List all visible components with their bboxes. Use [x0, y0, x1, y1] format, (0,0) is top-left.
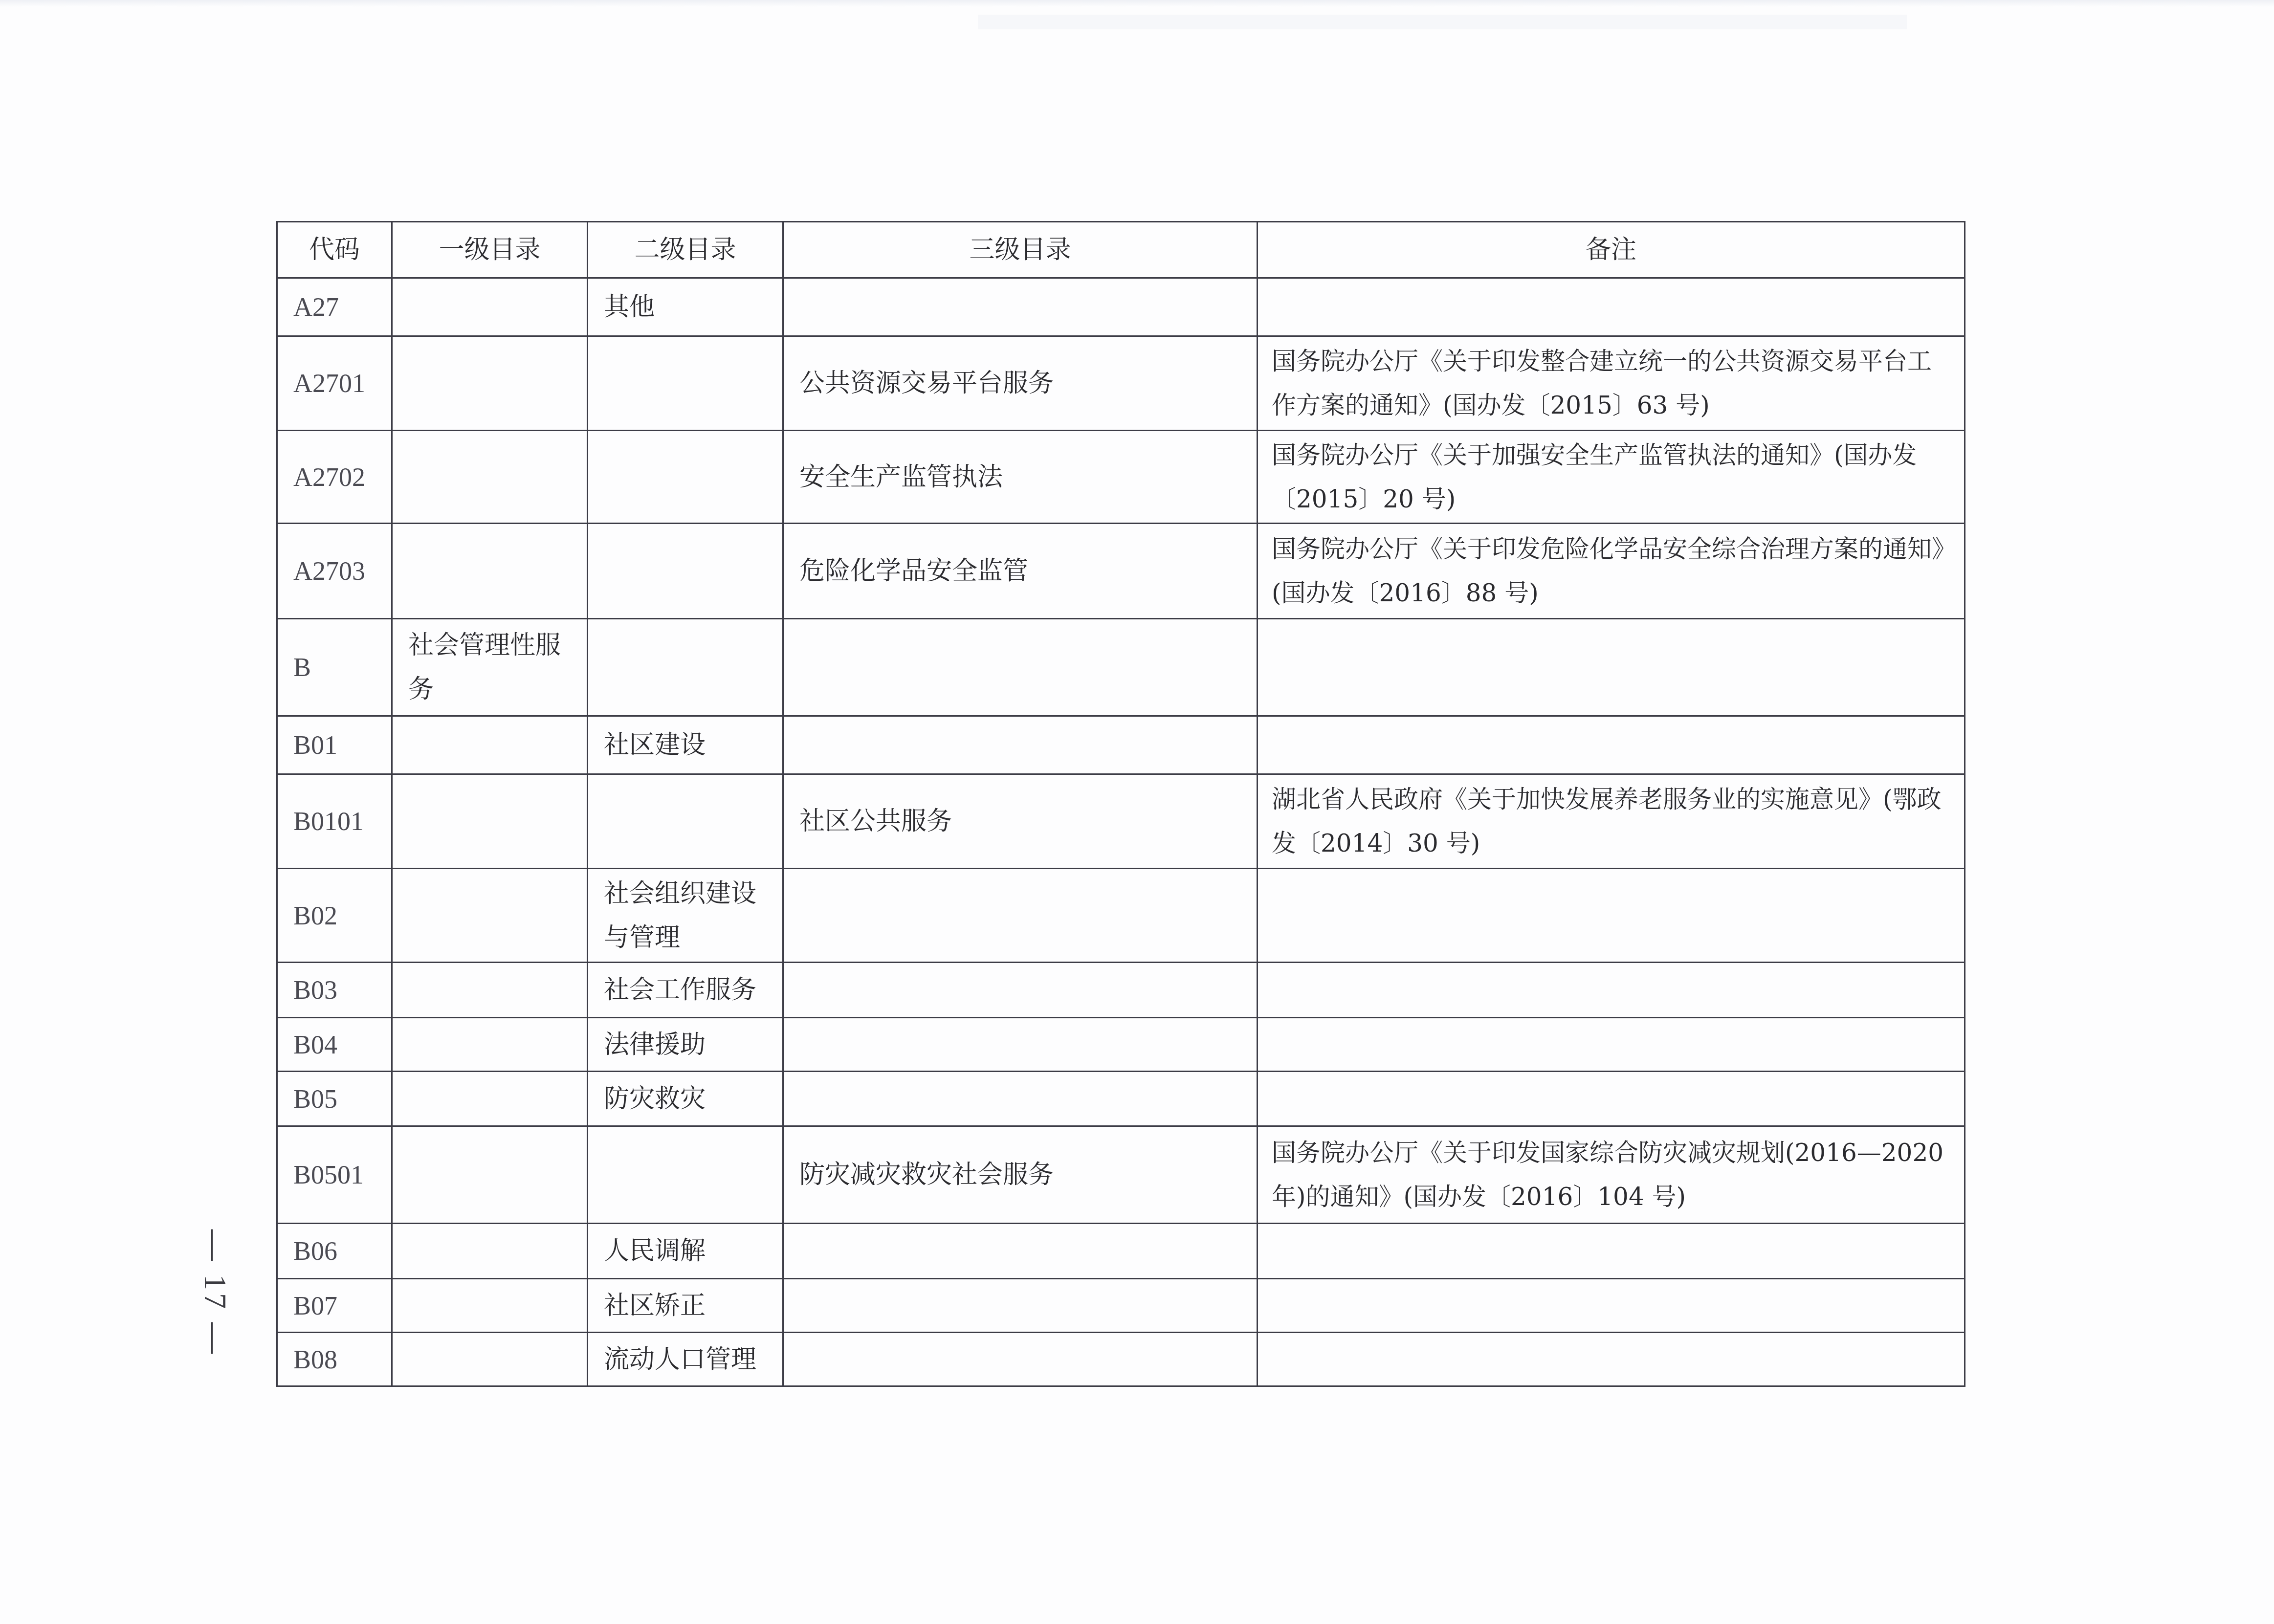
- cell-level3: [783, 716, 1258, 774]
- cell-code: A2702: [277, 431, 392, 524]
- cell-code: A2701: [277, 336, 392, 431]
- cell-level1: [392, 716, 588, 774]
- cell-level3: [783, 1333, 1258, 1386]
- service-catalog-table: 代码 一级目录 二级目录 三级目录 备注 A27其他A2701公共资源交易平台服…: [276, 221, 1965, 1387]
- cell-level1: [392, 1279, 588, 1333]
- cell-remarks: [1258, 619, 1965, 716]
- cell-code: A2703: [277, 524, 392, 619]
- cell-level3: 公共资源交易平台服务: [783, 336, 1258, 431]
- header-level1: 一级目录: [392, 222, 588, 278]
- cell-level3: [783, 1072, 1258, 1126]
- table-row: B08流动人口管理: [277, 1333, 1965, 1386]
- cell-level1: [392, 336, 588, 431]
- cell-code: B07: [277, 1279, 392, 1333]
- cell-remarks: 国务院办公厅《关于加强安全生产监管执法的通知》(国办发〔2015〕20 号): [1258, 431, 1965, 524]
- cell-code: B03: [277, 963, 392, 1018]
- cell-remarks: 湖北省人民政府《关于加快发展养老服务业的实施意见》(鄂政发〔2014〕30 号): [1258, 774, 1965, 869]
- cell-level1: [392, 1224, 588, 1279]
- cell-remarks: 国务院办公厅《关于印发国家综合防灾减灾规划(2016—2020 年)的通知》(国…: [1258, 1126, 1965, 1224]
- cell-remarks: 国务院办公厅《关于印发危险化学品安全综合治理方案的通知》(国办发〔2016〕88…: [1258, 524, 1965, 619]
- cell-remarks: [1258, 963, 1965, 1018]
- cell-level2: [588, 336, 783, 431]
- cell-code: B: [277, 619, 392, 716]
- cell-code: B02: [277, 869, 392, 963]
- cell-remarks: [1258, 1018, 1965, 1072]
- cell-level3: [783, 1279, 1258, 1333]
- cell-remarks: [1258, 1279, 1965, 1333]
- table-row: B0501防灾减灾救灾社会服务国务院办公厅《关于印发国家综合防灾减灾规划(201…: [277, 1126, 1965, 1224]
- cell-remarks: [1258, 869, 1965, 963]
- table-row: A2702安全生产监管执法国务院办公厅《关于加强安全生产监管执法的通知》(国办发…: [277, 431, 1965, 524]
- cell-code: B04: [277, 1018, 392, 1072]
- cell-level3: [783, 869, 1258, 963]
- cell-level1: [392, 431, 588, 524]
- cell-remarks: [1258, 278, 1965, 336]
- cell-level1: [392, 963, 588, 1018]
- cell-level1: [392, 869, 588, 963]
- cell-level1: [392, 774, 588, 869]
- page-number-text: — 17 —: [197, 1229, 233, 1357]
- table-row: A2701公共资源交易平台服务国务院办公厅《关于印发整合建立统一的公共资源交易平…: [277, 336, 1965, 431]
- cell-level2: 法律援助: [588, 1018, 783, 1072]
- cell-remarks: 国务院办公厅《关于印发整合建立统一的公共资源交易平台工作方案的通知》(国办发〔2…: [1258, 336, 1965, 431]
- scan-bleed-through: [978, 15, 1907, 29]
- cell-level3: [783, 1018, 1258, 1072]
- cell-level1: [392, 524, 588, 619]
- table-row: B0101社区公共服务湖北省人民政府《关于加快发展养老服务业的实施意见》(鄂政发…: [277, 774, 1965, 869]
- cell-remarks: [1258, 1072, 1965, 1126]
- table-row: B05防灾救灾: [277, 1072, 1965, 1126]
- cell-level1: [392, 1333, 588, 1386]
- cell-level3: 防灾减灾救灾社会服务: [783, 1126, 1258, 1224]
- header-level2: 二级目录: [588, 222, 783, 278]
- scan-top-edge: [0, 0, 2274, 7]
- cell-level3: 危险化学品安全监管: [783, 524, 1258, 619]
- table-row: A27其他: [277, 278, 1965, 336]
- table-row: B03社会工作服务: [277, 963, 1965, 1018]
- cell-code: B06: [277, 1224, 392, 1279]
- cell-remarks: [1258, 716, 1965, 774]
- table-row: B社会管理性服务: [277, 619, 1965, 716]
- cell-code: A27: [277, 278, 392, 336]
- cell-level1: [392, 1072, 588, 1126]
- table-row: B02社会组织建设与管理: [277, 869, 1965, 963]
- cell-level3: [783, 1224, 1258, 1279]
- cell-level3: 安全生产监管执法: [783, 431, 1258, 524]
- cell-level2: [588, 774, 783, 869]
- cell-code: B0501: [277, 1126, 392, 1224]
- cell-level2: 防灾救灾: [588, 1072, 783, 1126]
- cell-level2: 社会工作服务: [588, 963, 783, 1018]
- cell-level3: [783, 963, 1258, 1018]
- header-level3: 三级目录: [783, 222, 1258, 278]
- cell-level1: [392, 278, 588, 336]
- cell-level2: 社区矫正: [588, 1279, 783, 1333]
- cell-remarks: [1258, 1333, 1965, 1386]
- cell-code: B05: [277, 1072, 392, 1126]
- cell-level2: 社区建设: [588, 716, 783, 774]
- cell-level3: 社区公共服务: [783, 774, 1258, 869]
- cell-level1: 社会管理性服务: [392, 619, 588, 716]
- header-remarks: 备注: [1258, 222, 1965, 278]
- cell-level2: 社会组织建设与管理: [588, 869, 783, 963]
- cell-level2: 流动人口管理: [588, 1333, 783, 1386]
- header-code: 代码: [277, 222, 392, 278]
- table-row: B06人民调解: [277, 1224, 1965, 1279]
- cell-code: B01: [277, 716, 392, 774]
- cell-level2: [588, 619, 783, 716]
- cell-level2: [588, 524, 783, 619]
- cell-code: B0101: [277, 774, 392, 869]
- page-number: — 17 —: [186, 1193, 244, 1393]
- cell-level2: [588, 431, 783, 524]
- cell-code: B08: [277, 1333, 392, 1386]
- cell-level2: [588, 1126, 783, 1224]
- cell-level3: [783, 278, 1258, 336]
- table-row: A2703危险化学品安全监管国务院办公厅《关于印发危险化学品安全综合治理方案的通…: [277, 524, 1965, 619]
- table-row: B01社区建设: [277, 716, 1965, 774]
- cell-level1: [392, 1126, 588, 1224]
- cell-level3: [783, 619, 1258, 716]
- table-row: B07社区矫正: [277, 1279, 1965, 1333]
- cell-level1: [392, 1018, 588, 1072]
- table-row: B04法律援助: [277, 1018, 1965, 1072]
- cell-level2: 其他: [588, 278, 783, 336]
- cell-remarks: [1258, 1224, 1965, 1279]
- table-header-row: 代码 一级目录 二级目录 三级目录 备注: [277, 222, 1965, 278]
- cell-level2: 人民调解: [588, 1224, 783, 1279]
